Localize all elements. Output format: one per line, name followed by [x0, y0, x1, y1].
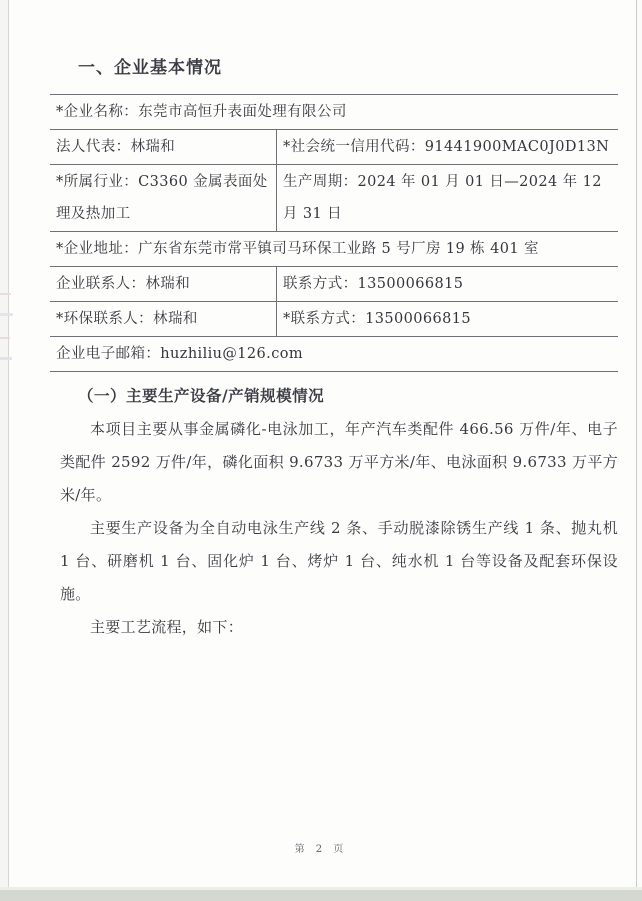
cell-contact-phone: 联系方式：13500066815 [277, 267, 618, 301]
scan-artifact [0, 337, 10, 339]
table-row-company-name: *企业名称：东莞市高恒升表面处理有限公司 [50, 95, 618, 130]
cell-env-contact: *环保联系人：林瑞和 [50, 302, 277, 336]
scanned-document-page: 一、企业基本情况 *企业名称：东莞市高恒升表面处理有限公司 法人代表：林瑞和 *… [0, 0, 642, 901]
scan-bottom-backdrop [0, 890, 642, 901]
table-row-industry: *所属行业：C3360 金属表面处理及热加工 生产周期：2024 年 01 月 … [50, 165, 618, 232]
table-row-contact: 企业联系人：林瑞和 联系方式：13500066815 [50, 267, 618, 302]
table-row-email: 企业电子邮箱：huzhiliu@126.com [50, 337, 618, 372]
table-row-legal-rep: 法人代表：林瑞和 *社会统一信用代码：91441900MAC0J0D13N [50, 130, 618, 165]
paragraph-production-scale: 本项目主要从事金属磷化-电泳加工，年产汽车类配件 466.56 万件/年、电子类… [60, 413, 618, 512]
cell-company-contact: 企业联系人：林瑞和 [50, 267, 277, 301]
sub-section-heading: （一）主要生产设备/产销规模情况 [78, 383, 618, 408]
scan-right-margin [637, 0, 642, 890]
scan-artifact [0, 313, 13, 316]
cell-company-email: 企业电子邮箱：huzhiliu@126.com [50, 337, 618, 371]
scan-left-margin [0, 0, 8, 890]
cell-industry: *所属行业：C3360 金属表面处理及热加工 [50, 165, 277, 231]
cell-company-name: *企业名称：东莞市高恒升表面处理有限公司 [50, 95, 618, 129]
footer-page-number: 第 2 页 [0, 840, 642, 855]
section-title: 一、企业基本情况 [78, 55, 618, 81]
cell-company-address: *企业地址：广东省东莞市常平镇司马环保工业路 5 号厂房 19 栋 401 室 [50, 232, 618, 266]
table-row-env-contact: *环保联系人：林瑞和 *联系方式：13500066815 [50, 302, 618, 337]
cell-env-contact-phone: *联系方式：13500066815 [277, 302, 618, 336]
enterprise-info-table: *企业名称：东莞市高恒升表面处理有限公司 法人代表：林瑞和 *社会统一信用代码：… [50, 94, 618, 372]
scan-artifact [0, 357, 12, 360]
cell-legal-representative: 法人代表：林瑞和 [50, 130, 277, 164]
document-content: 一、企业基本情况 *企业名称：东莞市高恒升表面处理有限公司 法人代表：林瑞和 *… [50, 55, 618, 644]
cell-production-period: 生产周期：2024 年 01 月 01 日—2024 年 12 月 31 日 [277, 165, 618, 231]
cell-credit-code: *社会统一信用代码：91441900MAC0J0D13N [277, 130, 618, 164]
page-left-edge-line [8, 0, 9, 890]
paragraph-main-equipment: 主要生产设备为全自动电泳生产线 2 条、手动脱漆除锈生产线 1 条、抛丸机 1 … [60, 512, 618, 611]
table-row-address: *企业地址：广东省东莞市常平镇司马环保工业路 5 号厂房 19 栋 401 室 [50, 232, 618, 267]
paragraph-process-flow-intro: 主要工艺流程，如下： [60, 611, 618, 644]
scan-artifact [0, 293, 11, 295]
